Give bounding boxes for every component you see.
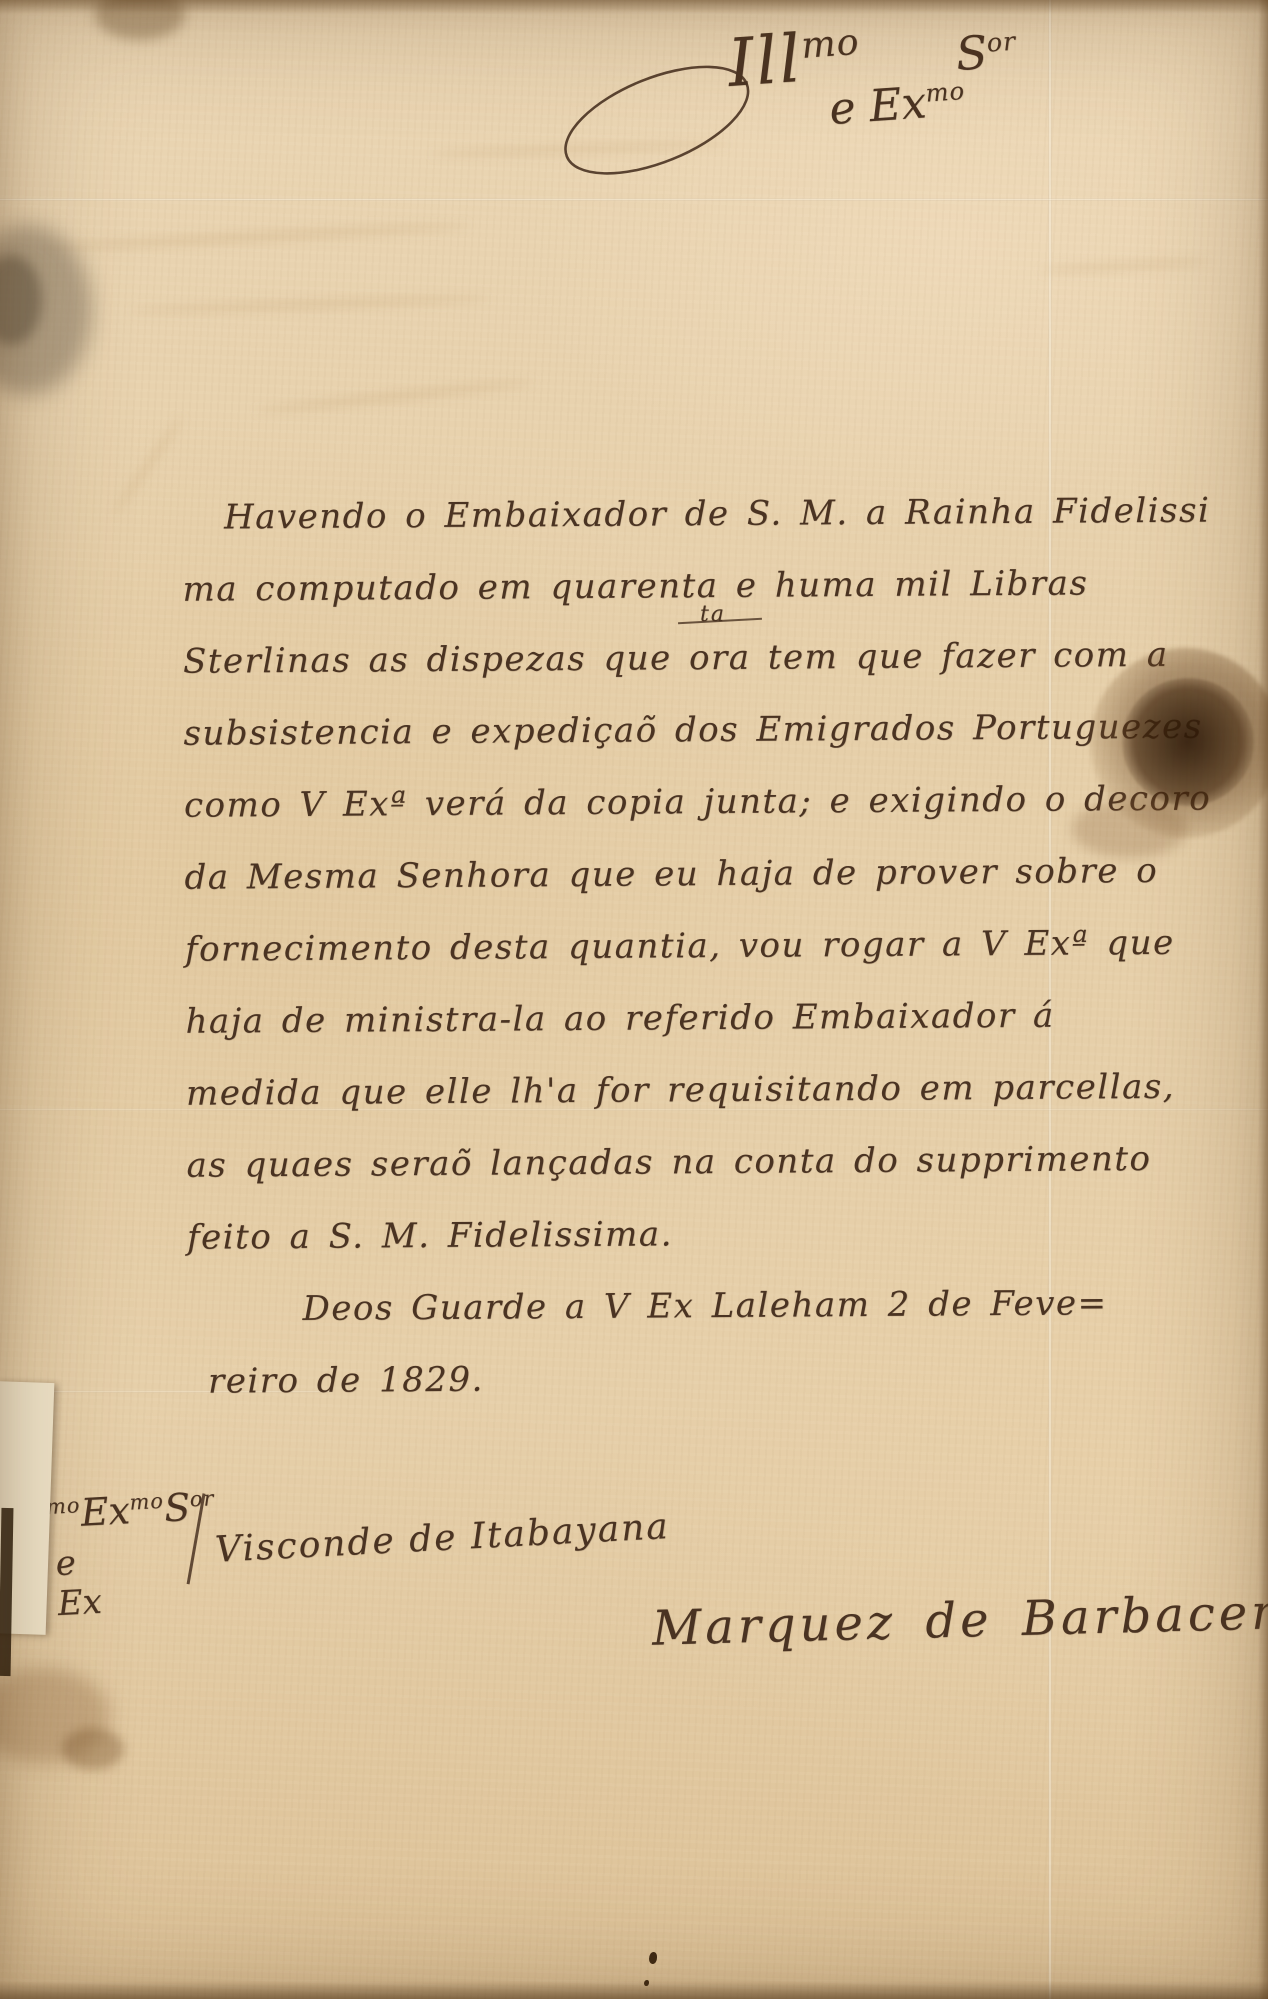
address-ill-sup: mo <box>45 1493 81 1519</box>
addressee-name: Visconde de Itabayana <box>214 1506 671 1571</box>
salutation-eex-text: e Ex <box>828 77 928 135</box>
salutation-ill-sup: mo <box>800 20 861 67</box>
stain-top-left-gray <box>0 225 92 395</box>
body-line: medida que elle lh'a for requisitando em… <box>186 1050 1261 1130</box>
body-line: como V Exª verá da copia junta; e exigin… <box>184 762 1259 842</box>
manuscript-page: Illmo Sor e Exmo Havendo o Embaixador de… <box>0 0 1268 1999</box>
body-line: haja de ministra-la ao referido Embaixad… <box>185 978 1260 1058</box>
body-line: Sterlinas as dispezas que ora tem que fa… <box>183 618 1258 698</box>
body-line: as quaes seraõ lançadas na conta do supp… <box>186 1122 1261 1202</box>
salutation-eex-sup: mo <box>925 77 966 108</box>
body-line: subsistencia e expediçaõ dos Emigrados P… <box>183 690 1258 770</box>
ghost-writing-streak <box>255 377 534 415</box>
page-edge-bottom <box>0 1981 1268 1999</box>
body-line: feito a S. M. Fidelissima. <box>187 1194 1262 1274</box>
salutation-sor: Sor <box>954 23 1018 81</box>
stain-bottom-left <box>0 1668 110 1763</box>
salutation-e-exmo: e Exmo <box>828 75 968 135</box>
body-line: Havendo o Embaixador de S. M. a Rainha F… <box>182 474 1257 554</box>
ink-speck <box>644 1980 649 1986</box>
signature: Marquez de Barbacena <box>651 1583 1268 1656</box>
stain-top-left-gray-core <box>0 255 42 345</box>
insertion-mark: ta <box>700 602 726 627</box>
body-line: da Mesma Senhora que eu haja de prover s… <box>184 834 1259 914</box>
ghost-writing-streak <box>40 221 470 253</box>
address-ex-sup: mo <box>129 1489 165 1515</box>
body-line-date: reiro de 1829. <box>188 1338 1263 1418</box>
stain-top-left-corner <box>95 0 185 40</box>
salutation-s-sup: or <box>986 27 1017 58</box>
salutation-s-text: S <box>954 25 989 81</box>
ink-speck <box>649 1952 657 1964</box>
body-line-valediction: Deos Guarde a V Ex Laleham 2 de Feve= <box>187 1266 1262 1346</box>
ghost-writing-streak <box>111 414 186 516</box>
salutation-ill-text: Ill <box>725 20 804 102</box>
stain-bottom-left-small <box>62 1728 124 1770</box>
ghost-writing-streak <box>130 294 490 316</box>
body-line: fornecimento desta quantia, vou rogar a … <box>185 906 1260 986</box>
address-s: S <box>163 1485 191 1530</box>
salutation: Illmo Sor e Exmo <box>696 0 1165 171</box>
ghost-writing-streak <box>1040 258 1210 275</box>
fold-crease-horizontal-top <box>0 198 1268 201</box>
address-e-ex: e Ex <box>55 1542 103 1624</box>
address-ex: Ex <box>80 1488 131 1535</box>
paper-edge-dark <box>0 1508 13 1676</box>
